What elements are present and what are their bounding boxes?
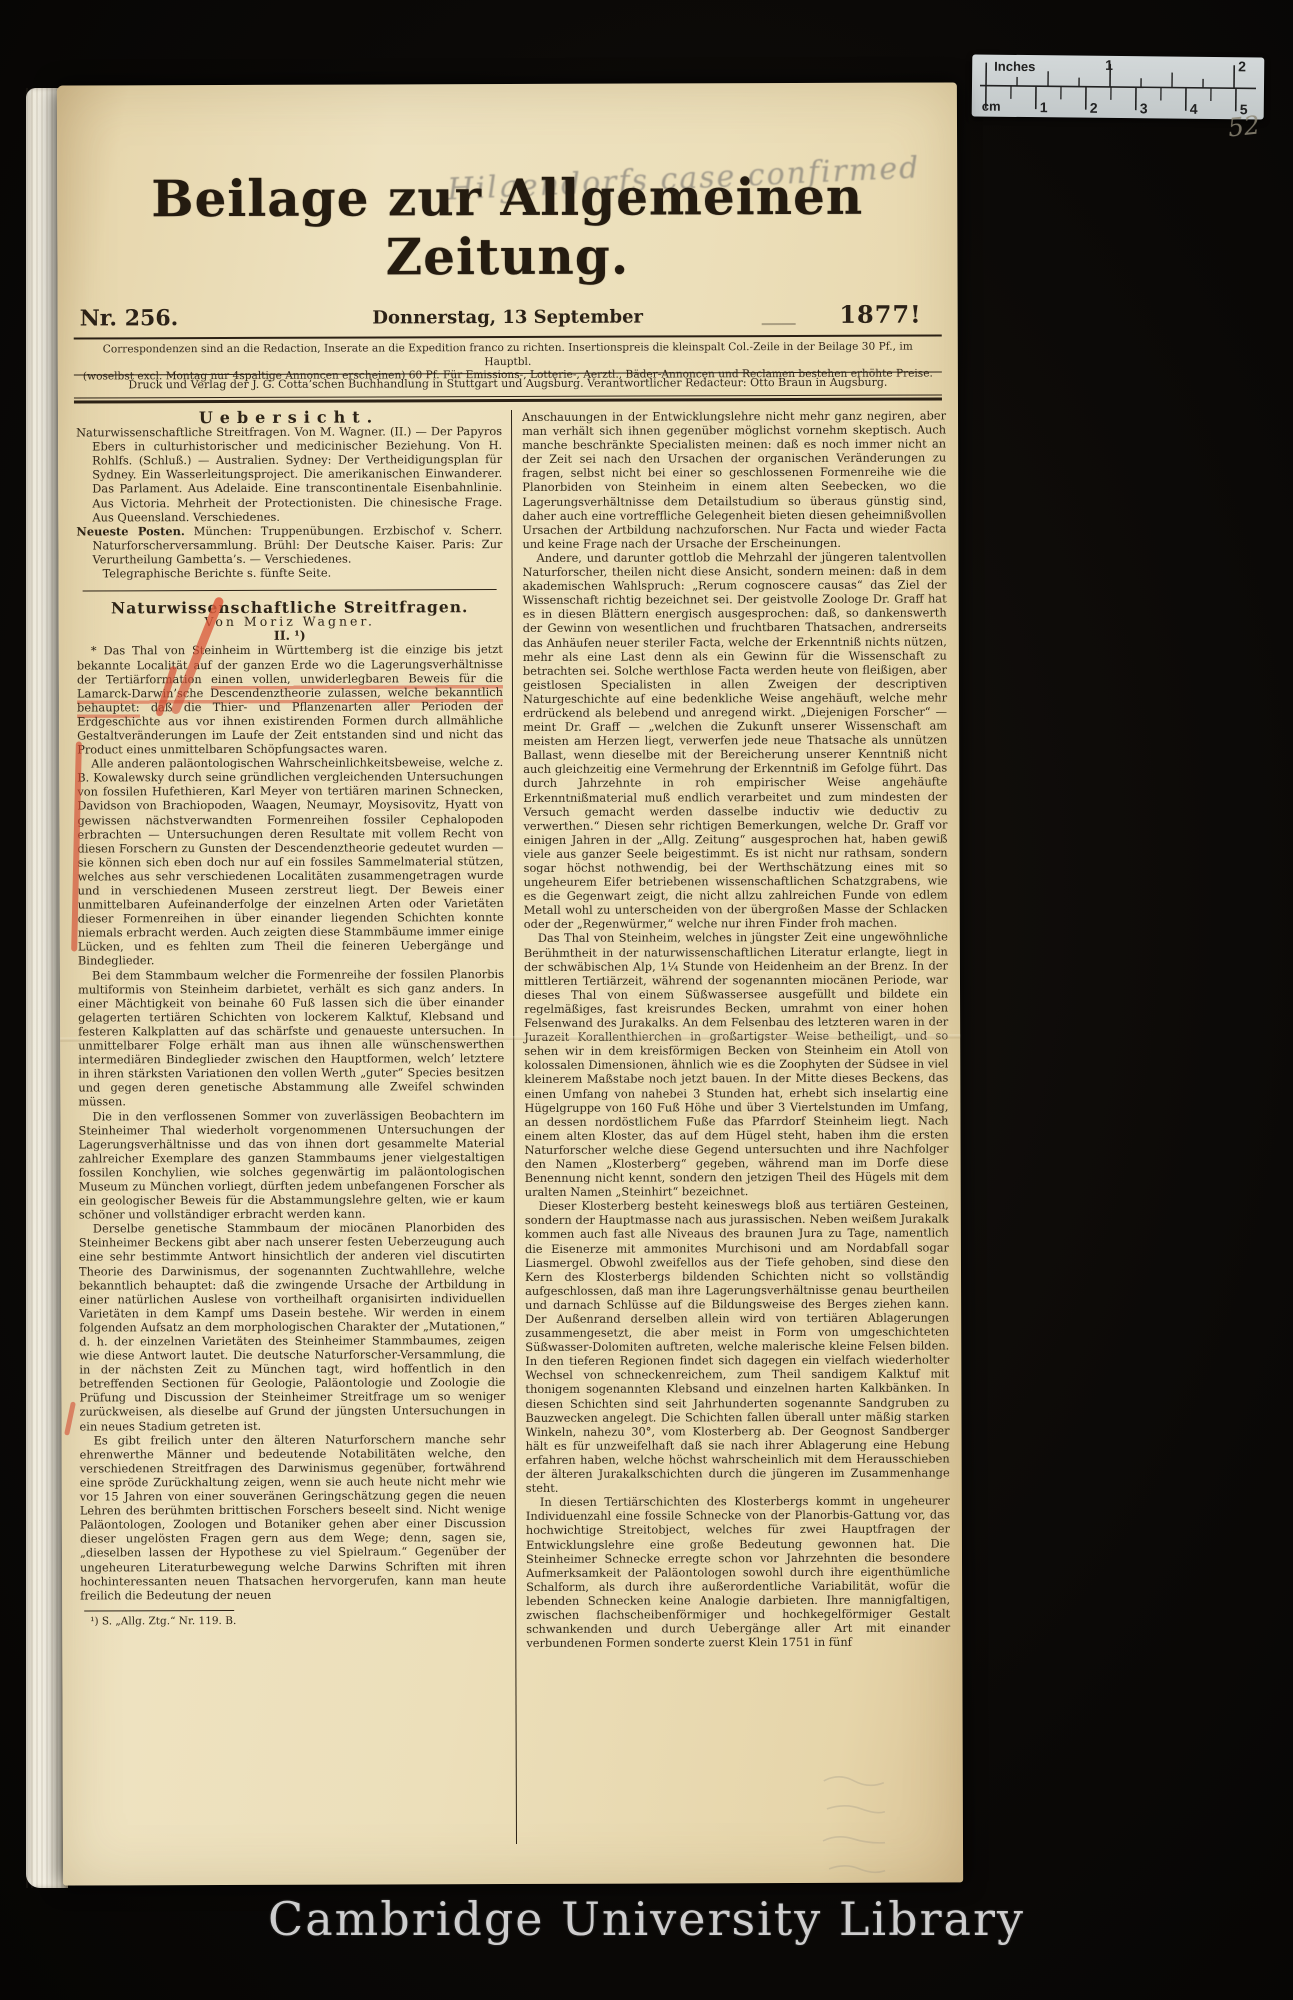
imprint-line: Druck und Verlag der J. G. Cotta’schen B…	[78, 376, 938, 392]
ruler-inches-label: Inches	[994, 59, 1035, 74]
ruler-inch-1: 1	[1105, 57, 1113, 73]
issue-year: 1877!	[839, 300, 921, 329]
ruler-cm-4: 4	[1190, 101, 1198, 117]
right-paragraph-2: Andere, und darunter gottlob die Mehrzah…	[522, 549, 947, 931]
rule-under-dateline	[74, 334, 942, 339]
article-paragraph-6: Es gibt freilich unter den älteren Natur…	[80, 1432, 507, 1603]
photo-backdrop: Inches 1 2 cm 1 2 3 4 5 52 Hilgendorfs c…	[0, 0, 1293, 2000]
uebersicht-neueste-posten: Neueste Posten. München: Truppenübungen.…	[76, 523, 502, 567]
p1-post: daß die Thier- und Pflanzenarten aller P…	[77, 699, 503, 757]
pencil-page-number: 52	[1227, 110, 1262, 142]
pencil-squiggle	[819, 1771, 889, 1881]
article-paragraph-3: Bei dem Stammbaum welcher die Formenreih…	[78, 967, 504, 1109]
right-column: Anschauungen in der Entwicklungslehre ni…	[511, 408, 951, 1844]
red-margin-tick	[64, 1401, 76, 1435]
ruler: Inches 1 2 cm 1 2 3 4 5	[972, 54, 1265, 119]
right-paragraph-5: In diesen Tertiärschichten des Klosterbe…	[526, 1494, 951, 1651]
ruler-cm-2: 2	[1090, 100, 1098, 116]
neueste-posten-lead: Neueste Posten.	[76, 524, 184, 538]
article-paragraph-4: Die in den verflossenen Sommer von zuver…	[78, 1108, 504, 1222]
uebersicht-title: Uebersicht.	[76, 410, 502, 426]
ruler-scale: Inches 1 2 cm 1 2 3 4 5	[972, 54, 1265, 119]
right-paragraph-4: Dieser Klosterberg besteht keineswegs bl…	[525, 1198, 950, 1495]
text-columns: Uebersicht. Naturwissenschaftliche Strei…	[76, 408, 951, 1845]
ruler-cm-label: cm	[982, 99, 1001, 114]
right-paragraph-1: Anschauungen in der Entwicklungslehre ni…	[522, 408, 946, 550]
right-paragraph-3: Das Thal von Steinheim, welches in jüngs…	[524, 930, 949, 1199]
ruler-cm-3: 3	[1140, 100, 1148, 116]
article-paragraph-2: Alle anderen paläontologischen Wahrschei…	[77, 755, 504, 968]
article-paragraph-1: * Das Thal von Steinheim in Württemberg …	[77, 642, 503, 756]
masthead-title: Beilage zur Allgemeinen Zeitung.	[57, 166, 957, 287]
ruler-inch-2: 2	[1238, 58, 1246, 74]
newspaper-page: Hilgendorfs case confirmed Beilage zur A…	[57, 82, 963, 1885]
dateline: Nr. 256. Donnerstag, 13 September 1877!	[80, 295, 936, 332]
telegraph-note: Telegraphische Berichte s. fünfte Seite.	[77, 565, 503, 581]
footnote: ¹) S. „Allg. Ztg.“ Nr. 119. B.	[80, 1613, 506, 1629]
double-rule	[74, 394, 942, 403]
uebersicht-contents: Naturwissenschaftliche Streitfragen. Von…	[76, 424, 502, 524]
ruler-cm-1: 1	[1040, 99, 1048, 115]
section-divider-rule	[83, 589, 497, 591]
article-paragraph-5: Derselbe genetische Stammbaum der miocän…	[79, 1220, 506, 1433]
pencil-dash	[762, 323, 796, 325]
left-column: Uebersicht. Naturwissenschaftliche Strei…	[76, 410, 516, 1846]
library-watermark: Cambridge University Library	[0, 1892, 1293, 1946]
fineprint-line-1: Correspondenzen sind an die Redaction, I…	[78, 341, 938, 371]
issue-date: Donnerstag, 13 September	[80, 306, 936, 330]
footnote-rule	[84, 1610, 234, 1612]
article-section-number: II. ¹)	[77, 628, 503, 644]
